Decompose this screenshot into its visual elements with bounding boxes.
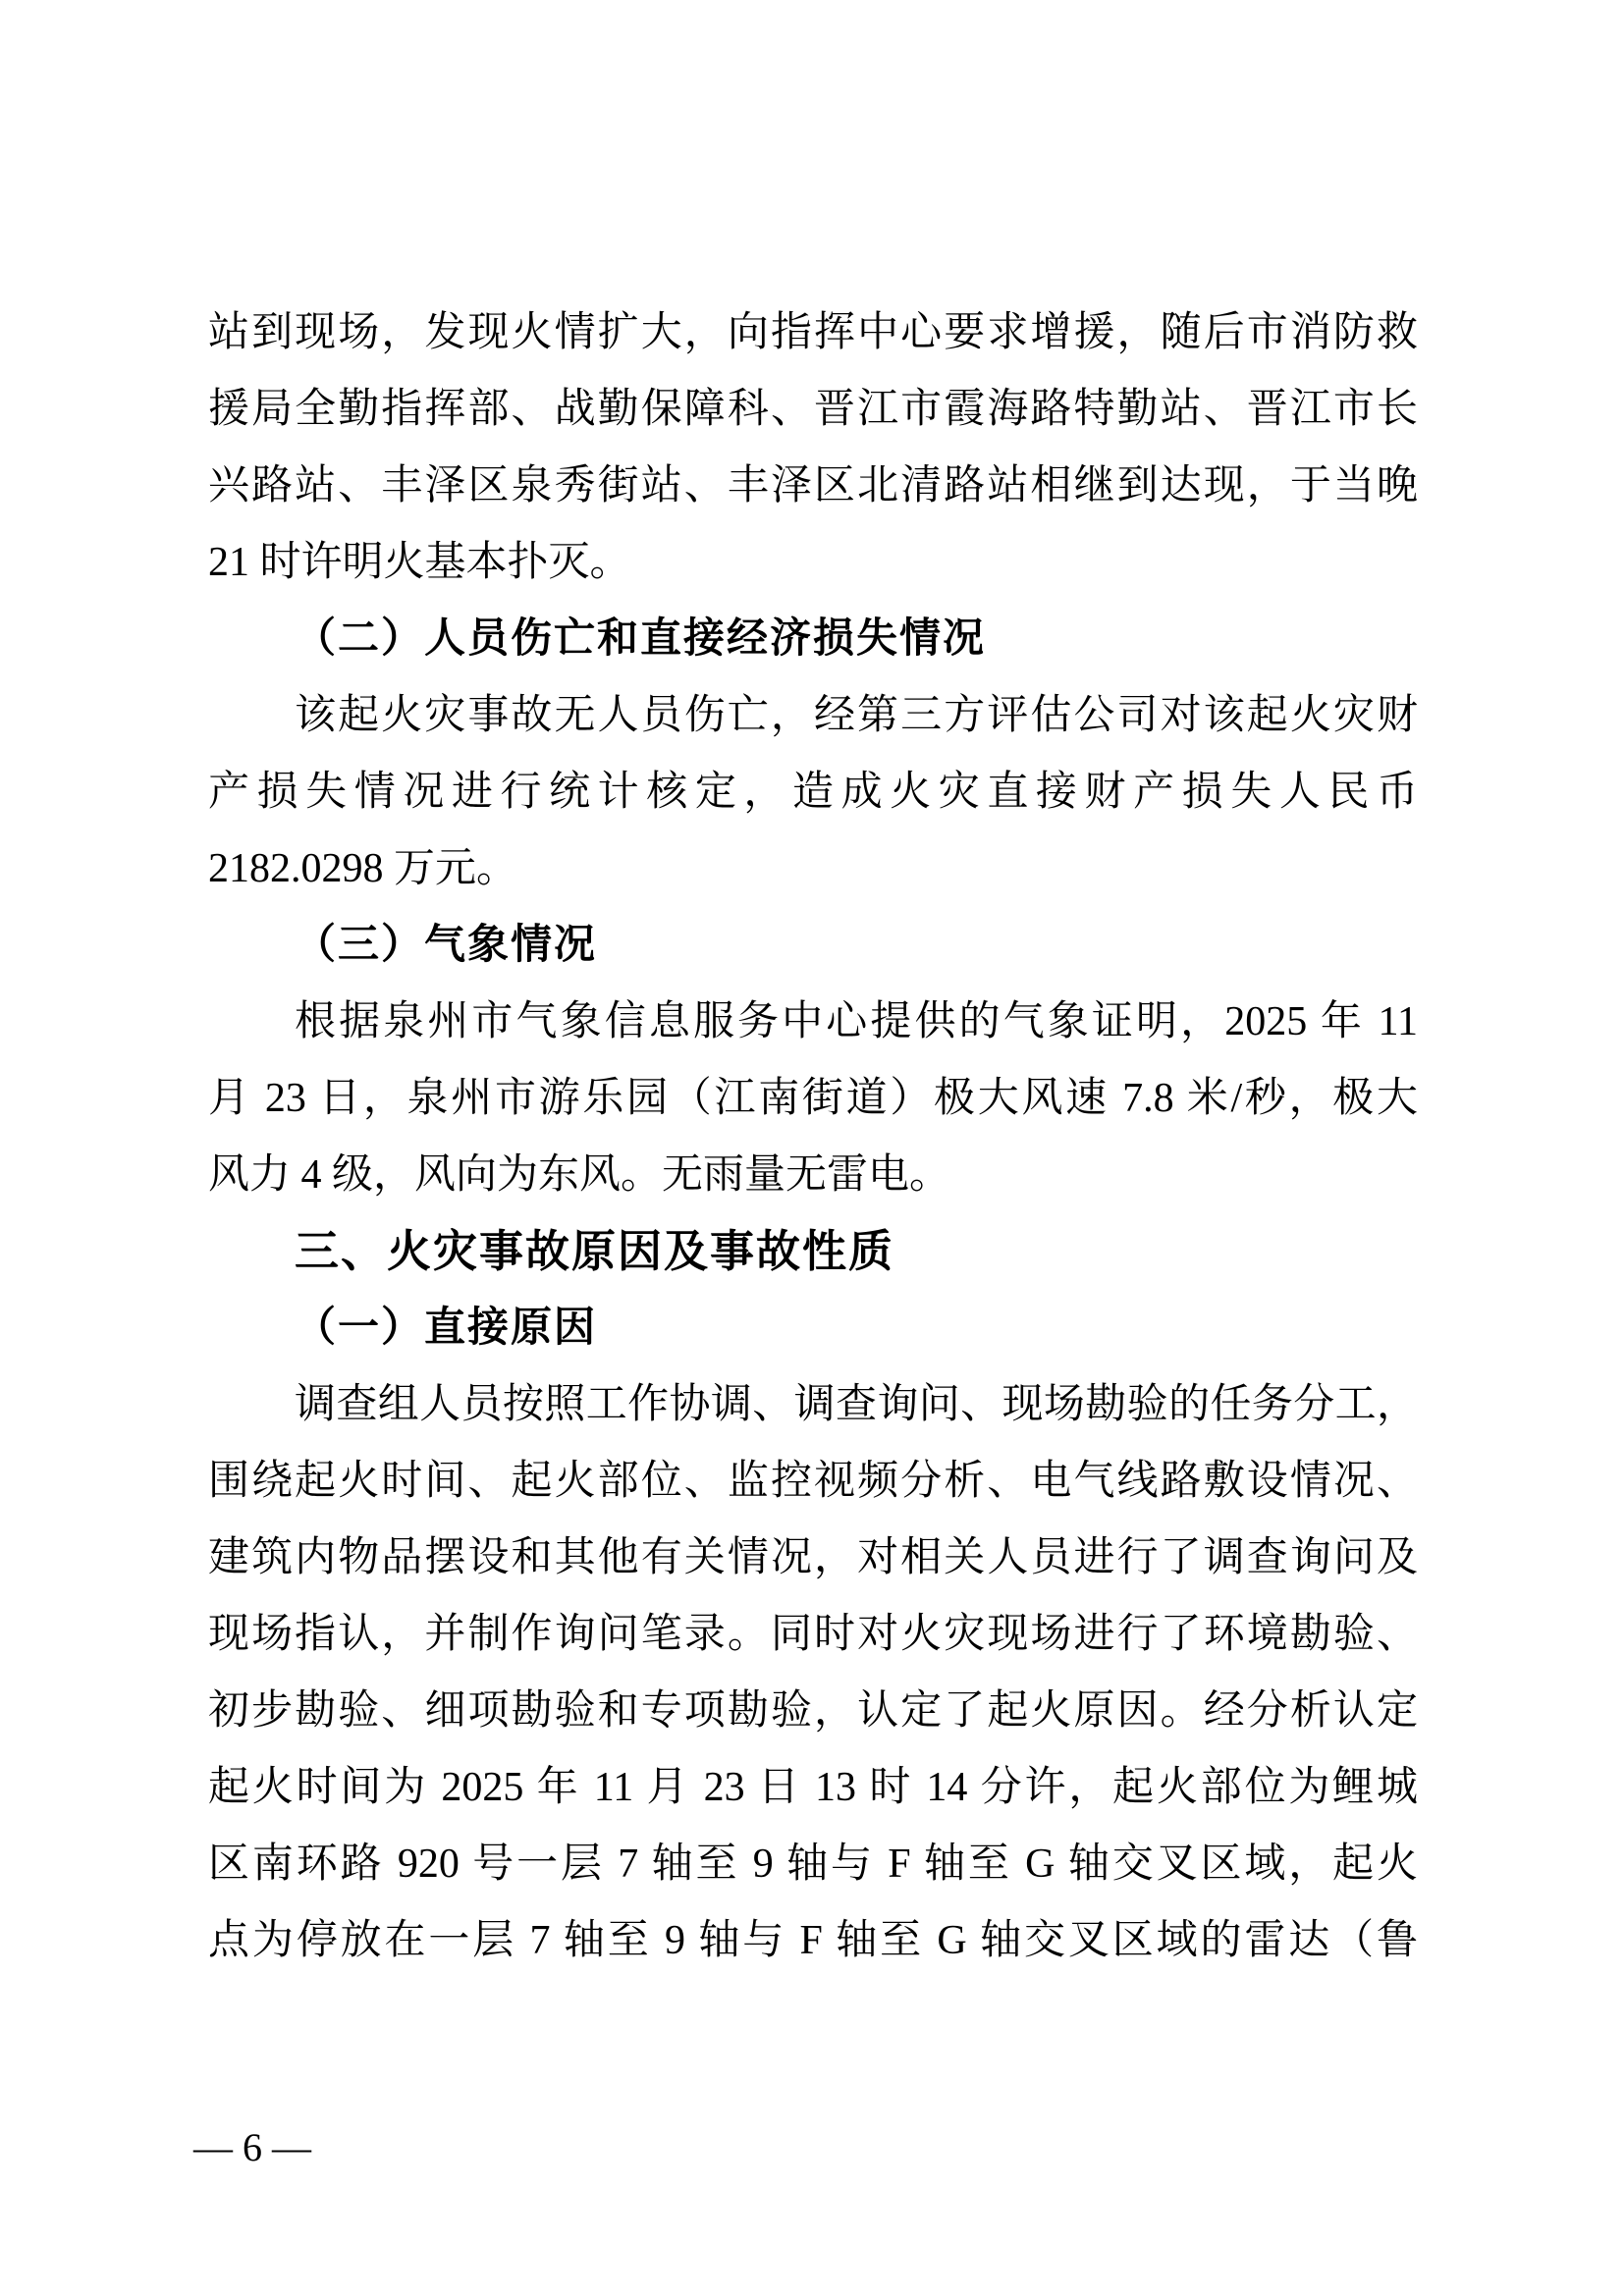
section-heading: 三、火灾事故原因及事故性质 (208, 1213, 1418, 1290)
text-line: 区南环路 920 号一层 7 轴至 9 轴与 F 轴至 G 轴交叉区域，起火 (208, 1826, 1418, 1902)
page-number: — 6 — (193, 2124, 311, 2171)
document-body: 站到现场，发现火情扩大，向指挥中心要求增援，随后市消防救援局全勤指挥部、战勤保障… (208, 294, 1418, 1979)
text-line: 建筑内物品摆设和其他有关情况，对相关人员进行了调查询问及 (208, 1520, 1418, 1596)
text-line: 围绕起火时间、起火部位、监控视频分析、电气线路敷设情况、 (208, 1443, 1418, 1520)
text-line: 起火时间为 2025 年 11 月 23 日 13 时 14 分许，起火部位为鲤… (208, 1749, 1418, 1826)
text-line: 风力 4 级，风向为东风。无雨量无雷电。 (208, 1137, 1418, 1213)
document-page: 站到现场，发现火情扩大，向指挥中心要求增援，随后市消防救援局全勤指挥部、战勤保障… (0, 0, 1624, 2296)
text-line: 站到现场，发现火情扩大，向指挥中心要求增援，随后市消防救 (208, 294, 1418, 371)
text-line: 该起火灾事故无人员伤亡，经第三方评估公司对该起火灾财 (208, 677, 1418, 754)
text-line: 调查组人员按照工作协调、调查询问、现场勘验的任务分工， (208, 1366, 1418, 1443)
subsection-heading: （三）气象情况 (208, 907, 1418, 984)
text-line: 援局全勤指挥部、战勤保障科、晋江市霞海路特勤站、晋江市长 (208, 371, 1418, 448)
text-line: 21 时许明火基本扑灭。 (208, 524, 1418, 601)
text-line: 点为停放在一层 7 轴至 9 轴与 F 轴至 G 轴交叉区域的雷达（鲁 (208, 1902, 1418, 1979)
text-line: 现场指认，并制作询问笔录。同时对火灾现场进行了环境勘验、 (208, 1596, 1418, 1673)
text-line: 2182.0298 万元。 (208, 830, 1418, 907)
subsection-heading: （二）人员伤亡和直接经济损失情况 (208, 601, 1418, 677)
text-line: 初步勘验、细项勘验和专项勘验，认定了起火原因。经分析认定 (208, 1673, 1418, 1749)
text-line: 月 23 日，泉州市游乐园（江南街道）极大风速 7.8 米/秒，极大 (208, 1060, 1418, 1137)
text-line: 兴路站、丰泽区泉秀街站、丰泽区北清路站相继到达现，于当晚 (208, 448, 1418, 524)
subsection-heading: （一）直接原因 (208, 1290, 1418, 1366)
text-line: 根据泉州市气象信息服务中心提供的气象证明，2025 年 11 (208, 984, 1418, 1060)
text-line: 产损失情况进行统计核定，造成火灾直接财产损失人民币 (208, 754, 1418, 830)
